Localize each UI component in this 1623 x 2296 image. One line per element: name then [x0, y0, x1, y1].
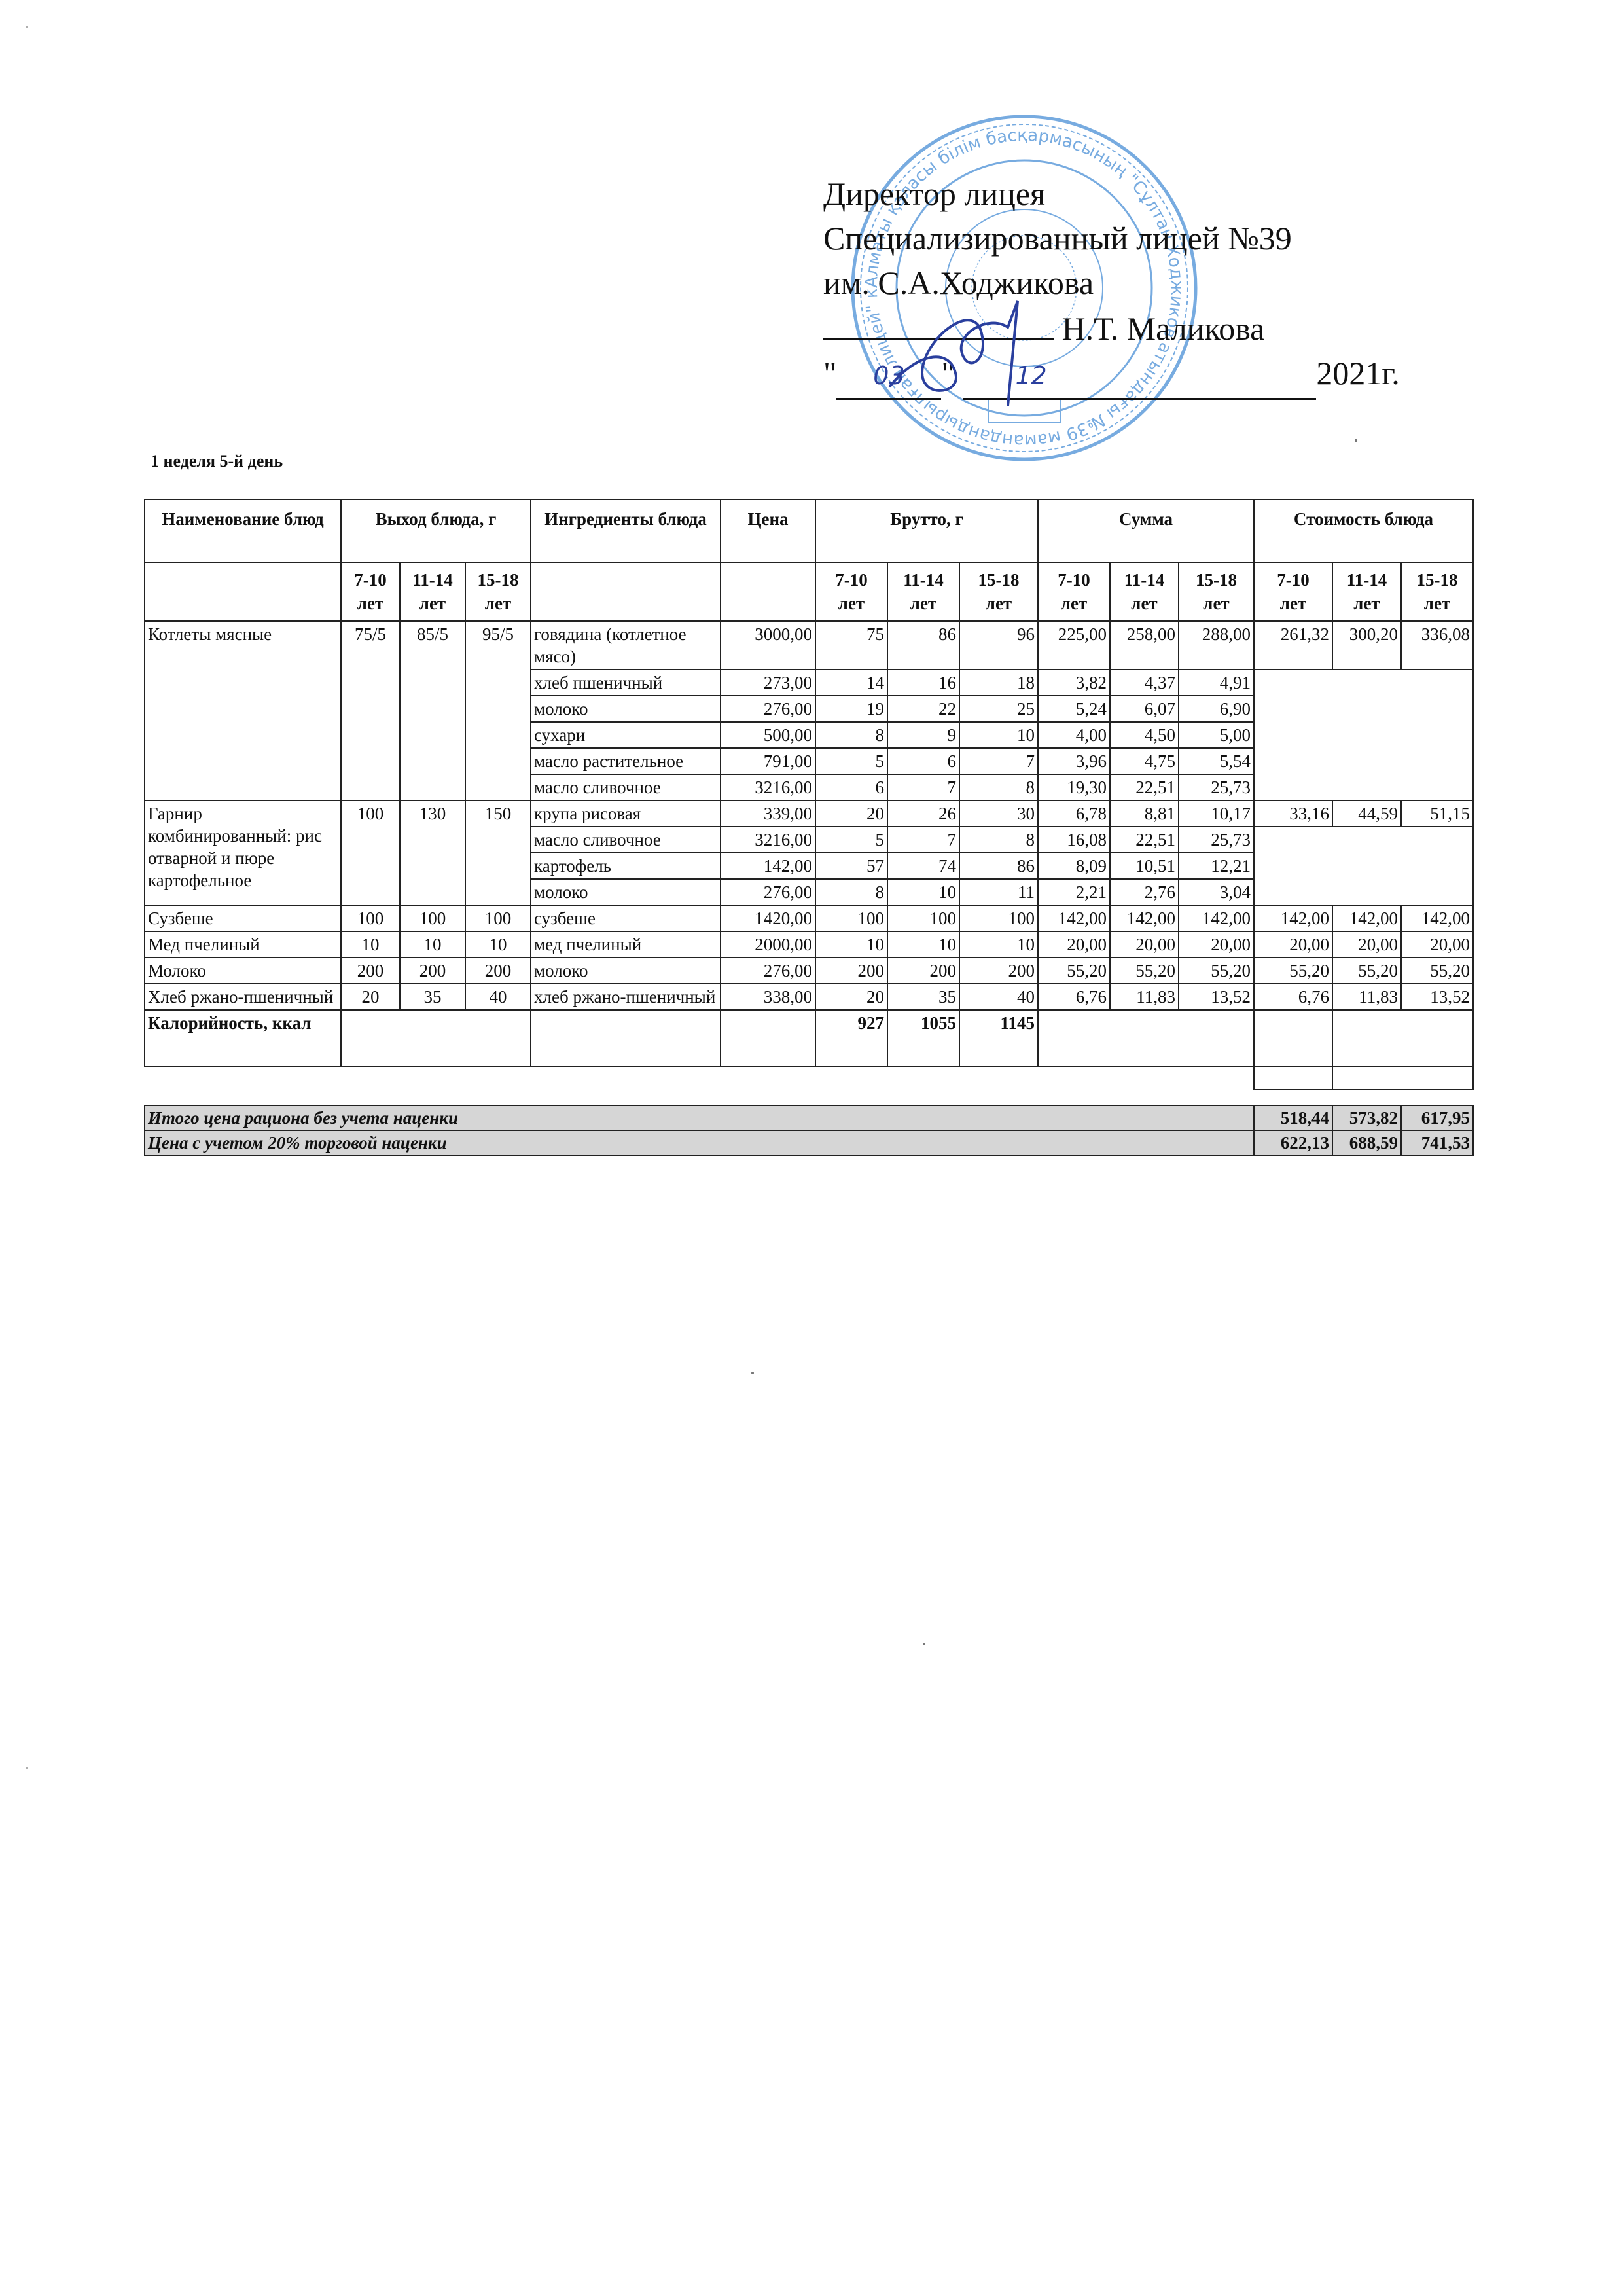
- age-header: 11-14лет: [1332, 562, 1401, 621]
- ingredient-name: крупа рисовая: [531, 800, 721, 827]
- age-unit: лет: [402, 592, 463, 615]
- ingredient-sum: 13,52: [1179, 984, 1254, 1010]
- dish-cost-empty: [1254, 827, 1473, 905]
- ingredient-price: 791,00: [721, 748, 815, 774]
- age-unit: лет: [961, 592, 1036, 615]
- age-range: 11-14: [889, 568, 957, 592]
- ingredient-brutto: 10: [887, 879, 959, 905]
- ingredient-brutto: 200: [959, 958, 1038, 984]
- dish-yield: 100: [465, 905, 531, 931]
- ingredient-sum: 4,75: [1110, 748, 1179, 774]
- age-unit: лет: [1040, 592, 1108, 615]
- ingredient-brutto: 7: [887, 827, 959, 853]
- dish-yield: 10: [400, 931, 465, 958]
- empty-cell: [531, 1010, 721, 1066]
- dish-yield: 200: [400, 958, 465, 984]
- empty-cell: [145, 1066, 1254, 1090]
- dish-yield: 100: [400, 905, 465, 931]
- ingredient-sum: 2,21: [1038, 879, 1110, 905]
- dish-name: Молоко: [145, 958, 341, 984]
- age-header: 15-18лет: [1179, 562, 1254, 621]
- ingredient-price: 338,00: [721, 984, 815, 1010]
- dish-cost: 20,00: [1332, 931, 1401, 958]
- dish-cost: 20,00: [1401, 931, 1473, 958]
- calories-value: 927: [815, 1010, 887, 1066]
- table-row: Котлеты мясные75/585/595/5говядина (котл…: [145, 621, 1473, 670]
- ingredient-brutto: 6: [887, 748, 959, 774]
- dish-yield: 200: [341, 958, 400, 984]
- ingredient-sum: 5,24: [1038, 696, 1110, 722]
- ingredient-brutto: 7: [959, 748, 1038, 774]
- empty-cell: [1254, 1066, 1332, 1090]
- age-header: 11-14лет: [1110, 562, 1179, 621]
- ingredient-brutto: 74: [887, 853, 959, 879]
- age-header-empty: [721, 562, 815, 621]
- age-range: 7-10: [343, 568, 398, 592]
- ingredient-sum: 225,00: [1038, 621, 1110, 670]
- scan-speck: [923, 1643, 925, 1645]
- ingredient-brutto: 22: [887, 696, 959, 722]
- header-brutto: Брутто, г: [815, 499, 1038, 562]
- ingredient-name: молоко: [531, 696, 721, 722]
- ingredient-price: 276,00: [721, 696, 815, 722]
- ingredient-sum: 142,00: [1110, 905, 1179, 931]
- age-header: 15-18лет: [1401, 562, 1473, 621]
- age-unit: лет: [467, 592, 529, 615]
- age-unit: лет: [1112, 592, 1177, 615]
- ingredient-brutto: 9: [887, 722, 959, 748]
- dish-cost: 55,20: [1332, 958, 1401, 984]
- age-unit: лет: [343, 592, 398, 615]
- ingredient-sum: 4,50: [1110, 722, 1179, 748]
- ingredient-price: 3216,00: [721, 774, 815, 800]
- menu-table: Наименование блюд Выход блюда, г Ингреди…: [144, 499, 1474, 1090]
- menu-body: Котлеты мясные75/585/595/5говядина (котл…: [145, 621, 1473, 1090]
- dish-yield: 35: [400, 984, 465, 1010]
- ingredient-sum: 55,20: [1179, 958, 1254, 984]
- dish-cost: 336,08: [1401, 621, 1473, 670]
- ingredient-sum: 288,00: [1179, 621, 1254, 670]
- ingredient-sum: 8,81: [1110, 800, 1179, 827]
- dish-cost: 261,32: [1254, 621, 1332, 670]
- spacer-row: [145, 1066, 1473, 1090]
- ingredient-brutto: 10: [815, 931, 887, 958]
- age-range: 15-18: [1403, 568, 1471, 592]
- ingredient-sum: 55,20: [1038, 958, 1110, 984]
- dish-name: Сузбеше: [145, 905, 341, 931]
- age-header-empty: [531, 562, 721, 621]
- ingredient-price: 2000,00: [721, 931, 815, 958]
- totals-value: 617,95: [1401, 1105, 1473, 1130]
- age-range: 15-18: [1181, 568, 1252, 592]
- age-header-empty: [145, 562, 341, 621]
- ingredient-name: сузбеше: [531, 905, 721, 931]
- totals-value: 518,44: [1254, 1105, 1332, 1130]
- ingredient-sum: 20,00: [1179, 931, 1254, 958]
- age-range: 7-10: [1256, 568, 1330, 592]
- dish-cost: 142,00: [1332, 905, 1401, 931]
- ingredient-price: 1420,00: [721, 905, 815, 931]
- ingredient-sum: 2,76: [1110, 879, 1179, 905]
- ingredient-brutto: 11: [959, 879, 1038, 905]
- header-price: Цена: [721, 499, 815, 562]
- ingredient-price: 3216,00: [721, 827, 815, 853]
- ingredient-sum: 142,00: [1038, 905, 1110, 931]
- totals-value: 741,53: [1401, 1130, 1473, 1155]
- header-dish-cost: Стоимость блюда: [1254, 499, 1473, 562]
- ingredient-sum: 8,09: [1038, 853, 1110, 879]
- age-unit: лет: [889, 592, 957, 615]
- ingredient-name: сухари: [531, 722, 721, 748]
- ingredient-brutto: 8: [815, 879, 887, 905]
- header-yield: Выход блюда, г: [341, 499, 531, 562]
- ingredient-name: масло сливочное: [531, 827, 721, 853]
- scan-speck: [751, 1372, 754, 1374]
- ingredient-name: хлеб ржано-пшеничный: [531, 984, 721, 1010]
- ingredient-sum: 4,00: [1038, 722, 1110, 748]
- age-range: 11-14: [402, 568, 463, 592]
- calories-label: Калорийность, ккал: [145, 1010, 341, 1066]
- date-year: 2021г.: [1316, 355, 1399, 391]
- dish-yield: 100: [341, 905, 400, 931]
- dish-yield: 130: [400, 800, 465, 905]
- ingredient-sum: 25,73: [1179, 827, 1254, 853]
- ingredient-brutto: 30: [959, 800, 1038, 827]
- age-header: 7-10лет: [1254, 562, 1332, 621]
- ingredient-price: 142,00: [721, 853, 815, 879]
- dish-cost: 6,76: [1254, 984, 1332, 1010]
- dish-cost: 44,59: [1332, 800, 1401, 827]
- ingredient-sum: 4,37: [1110, 670, 1179, 696]
- ingredient-sum: 3,96: [1038, 748, 1110, 774]
- ingredient-sum: 20,00: [1110, 931, 1179, 958]
- ingredient-sum: 22,51: [1110, 774, 1179, 800]
- ingredient-brutto: 40: [959, 984, 1038, 1010]
- dish-cost-empty: [1254, 670, 1473, 800]
- header-sum: Сумма: [1038, 499, 1254, 562]
- ingredient-brutto: 100: [887, 905, 959, 931]
- age-header: 11-14лет: [887, 562, 959, 621]
- ingredient-sum: 4,91: [1179, 670, 1254, 696]
- age-header: 7-10лет: [815, 562, 887, 621]
- totals-row: Итого цена рациона без учета наценки518,…: [145, 1105, 1473, 1130]
- scan-speck: [26, 26, 28, 28]
- ingredient-sum: 11,83: [1110, 984, 1179, 1010]
- ingredient-name: масло растительное: [531, 748, 721, 774]
- dish-yield: 10: [341, 931, 400, 958]
- age-header: 11-14лет: [400, 562, 465, 621]
- totals-label: Цена с учетом 20% торговой наценки: [145, 1130, 1254, 1155]
- ingredient-brutto: 26: [887, 800, 959, 827]
- ingredient-price: 500,00: [721, 722, 815, 748]
- ingredient-sum: 20,00: [1038, 931, 1110, 958]
- table-row: Сузбеше100100100сузбеше1420,001001001001…: [145, 905, 1473, 931]
- ingredient-sum: 16,08: [1038, 827, 1110, 853]
- ingredient-sum: 3,04: [1179, 879, 1254, 905]
- empty-cell: [341, 1010, 531, 1066]
- ingredient-brutto: 18: [959, 670, 1038, 696]
- totals-value: 573,82: [1332, 1105, 1401, 1130]
- ingredient-brutto: 20: [815, 984, 887, 1010]
- scan-speck: [26, 1767, 28, 1769]
- quote-open: ": [823, 355, 836, 391]
- ingredient-brutto: 35: [887, 984, 959, 1010]
- ingredient-name: молоко: [531, 879, 721, 905]
- table-row: Гарнир комбинированный: рис отварной и п…: [145, 800, 1473, 827]
- dish-cost: 55,20: [1401, 958, 1473, 984]
- ingredient-brutto: 10: [959, 722, 1038, 748]
- ingredient-brutto: 10: [959, 931, 1038, 958]
- ingredient-sum: 5,54: [1179, 748, 1254, 774]
- dish-yield: 200: [465, 958, 531, 984]
- ingredient-sum: 3,82: [1038, 670, 1110, 696]
- dish-cost: 300,20: [1332, 621, 1401, 670]
- dish-cost: 13,52: [1401, 984, 1473, 1010]
- table-row: Хлеб ржано-пшеничный203540хлеб ржано-пше…: [145, 984, 1473, 1010]
- ingredient-sum: 55,20: [1110, 958, 1179, 984]
- ingredient-price: 273,00: [721, 670, 815, 696]
- ingredient-sum: 12,21: [1179, 853, 1254, 879]
- dish-cost: 55,20: [1254, 958, 1332, 984]
- ingredient-sum: 10,51: [1110, 853, 1179, 879]
- ingredient-sum: 6,90: [1179, 696, 1254, 722]
- ingredient-sum: 19,30: [1038, 774, 1110, 800]
- ingredient-brutto: 8: [815, 722, 887, 748]
- dish-cost: 142,00: [1254, 905, 1332, 931]
- ingredient-brutto: 86: [887, 621, 959, 670]
- ingredient-brutto: 14: [815, 670, 887, 696]
- dish-name: Мед пчелиный: [145, 931, 341, 958]
- age-header: 15-18лет: [465, 562, 531, 621]
- age-unit: лет: [817, 592, 885, 615]
- header-ingredients: Ингредиенты блюда: [531, 499, 721, 562]
- ingredient-name: молоко: [531, 958, 721, 984]
- ingredient-sum: 142,00: [1179, 905, 1254, 931]
- age-range: 11-14: [1112, 568, 1177, 592]
- empty-cell: [1332, 1010, 1473, 1066]
- totals-value: 622,13: [1254, 1130, 1332, 1155]
- age-range: 7-10: [817, 568, 885, 592]
- dish-yield: 40: [465, 984, 531, 1010]
- totals-table: Итого цена рациона без учета наценки518,…: [144, 1105, 1474, 1156]
- ingredient-price: 3000,00: [721, 621, 815, 670]
- ingredient-brutto: 100: [959, 905, 1038, 931]
- age-unit: лет: [1256, 592, 1330, 615]
- ingredient-brutto: 86: [959, 853, 1038, 879]
- signature-icon: [877, 275, 1086, 406]
- age-unit: лет: [1334, 592, 1399, 615]
- ingredient-brutto: 96: [959, 621, 1038, 670]
- totals-row: Цена с учетом 20% торговой наценки622,13…: [145, 1130, 1473, 1155]
- dish-cost: 142,00: [1401, 905, 1473, 931]
- ingredient-sum: 6,76: [1038, 984, 1110, 1010]
- ingredient-brutto: 57: [815, 853, 887, 879]
- dish-yield: 20: [341, 984, 400, 1010]
- ingredient-brutto: 5: [815, 748, 887, 774]
- dish-yield: 10: [465, 931, 531, 958]
- dish-name: Гарнир комбинированный: рис отварной и п…: [145, 800, 341, 905]
- calories-value: 1145: [959, 1010, 1038, 1066]
- ingredient-brutto: 7: [887, 774, 959, 800]
- ingredient-price: 276,00: [721, 958, 815, 984]
- empty-cell: [1038, 1010, 1254, 1066]
- age-header: 7-10лет: [1038, 562, 1110, 621]
- empty-cell: [1254, 1010, 1332, 1066]
- dish-yield: 150: [465, 800, 531, 905]
- ingredient-name: говядина (котлетное мясо): [531, 621, 721, 670]
- ingredient-brutto: 10: [887, 931, 959, 958]
- calories-row: Калорийность, ккал92710551145: [145, 1010, 1473, 1066]
- ingredient-brutto: 75: [815, 621, 887, 670]
- age-header: 7-10лет: [341, 562, 400, 621]
- ingredient-name: хлеб пшеничный: [531, 670, 721, 696]
- empty-cell: [1332, 1066, 1473, 1090]
- table-row: Молоко200200200молоко276,0020020020055,2…: [145, 958, 1473, 984]
- ingredient-name: мед пчелиный: [531, 931, 721, 958]
- totals-label: Итого цена рациона без учета наценки: [145, 1105, 1254, 1130]
- ingredient-price: 276,00: [721, 879, 815, 905]
- ingredient-brutto: 200: [815, 958, 887, 984]
- signer-name: Н.Т. Маликова: [1062, 310, 1265, 347]
- age-range: 11-14: [1334, 568, 1399, 592]
- ingredient-brutto: 16: [887, 670, 959, 696]
- ingredient-sum: 10,17: [1179, 800, 1254, 827]
- ingredient-name: масло сливочное: [531, 774, 721, 800]
- dish-cost: 33,16: [1254, 800, 1332, 827]
- dish-yield: 75/5: [341, 621, 400, 800]
- ingredient-brutto: 19: [815, 696, 887, 722]
- dish-yield: 85/5: [400, 621, 465, 800]
- ingredient-sum: 25,73: [1179, 774, 1254, 800]
- age-range: 15-18: [961, 568, 1036, 592]
- dish-yield: 100: [341, 800, 400, 905]
- ingredient-sum: 258,00: [1110, 621, 1179, 670]
- ingredient-brutto: 100: [815, 905, 887, 931]
- dish-name: Котлеты мясные: [145, 621, 341, 800]
- age-unit: лет: [1181, 592, 1252, 615]
- header-dish-name: Наименование блюд: [145, 499, 341, 562]
- age-unit: лет: [1403, 592, 1471, 615]
- age-range: 15-18: [467, 568, 529, 592]
- ingredient-brutto: 8: [959, 827, 1038, 853]
- ingredient-sum: 22,51: [1110, 827, 1179, 853]
- approval-title: Директор лицея: [823, 171, 1400, 216]
- ingredient-brutto: 20: [815, 800, 887, 827]
- empty-cell: [721, 1010, 815, 1066]
- age-header: 15-18лет: [959, 562, 1038, 621]
- ingredient-sum: 5,00: [1179, 722, 1254, 748]
- dish-cost: 11,83: [1332, 984, 1401, 1010]
- dish-cost: 51,15: [1401, 800, 1473, 827]
- ingredient-price: 339,00: [721, 800, 815, 827]
- ingredient-sum: 6,07: [1110, 696, 1179, 722]
- ingredient-brutto: 25: [959, 696, 1038, 722]
- ingredient-brutto: 6: [815, 774, 887, 800]
- table-row: Мед пчелиный101010мед пчелиный2000,00101…: [145, 931, 1473, 958]
- calories-value: 1055: [887, 1010, 959, 1066]
- ingredient-brutto: 200: [887, 958, 959, 984]
- approval-institution: Специализированный лицей №39: [823, 216, 1400, 260]
- ingredient-brutto: 8: [959, 774, 1038, 800]
- dish-name: Хлеб ржано-пшеничный: [145, 984, 341, 1010]
- totals-value: 688,59: [1332, 1130, 1401, 1155]
- document-title: 1 неделя 5-й день: [151, 452, 283, 471]
- dish-yield: 95/5: [465, 621, 531, 800]
- ingredient-name: картофель: [531, 853, 721, 879]
- scan-speck: [1355, 439, 1357, 442]
- ingredient-sum: 6,78: [1038, 800, 1110, 827]
- age-range: 7-10: [1040, 568, 1108, 592]
- ingredient-brutto: 5: [815, 827, 887, 853]
- dish-cost: 20,00: [1254, 931, 1332, 958]
